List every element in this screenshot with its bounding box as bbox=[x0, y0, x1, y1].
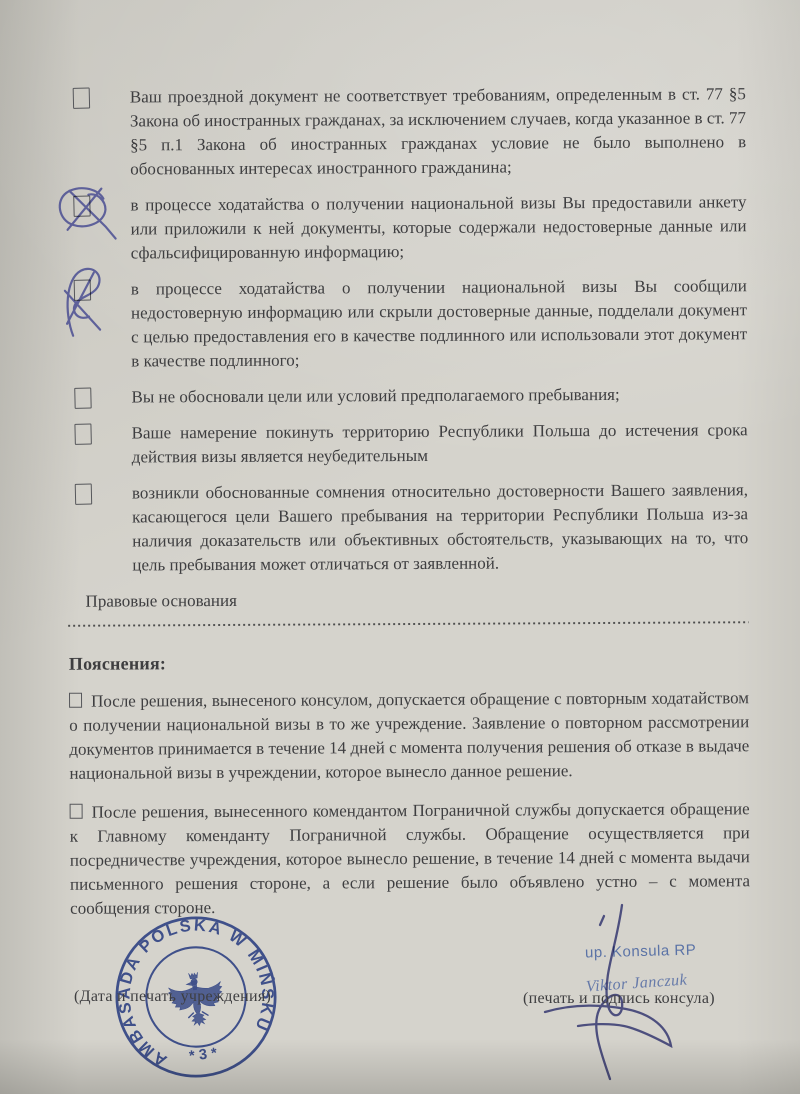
checkbox-icon bbox=[73, 196, 90, 217]
refusal-reason-text: в процессе ходатайства о получении нацио… bbox=[131, 274, 747, 373]
stamp-number-text: * 3 * bbox=[188, 1045, 218, 1064]
explanation-paragraph: После решения, вынесеного консулом, допу… bbox=[69, 686, 749, 786]
checkbox-icon bbox=[74, 280, 91, 301]
refusal-reason-text: Ваше намерение покинуть территорию Респу… bbox=[132, 418, 748, 469]
checkbox-icon bbox=[74, 388, 91, 409]
explanations-heading: Пояснения: bbox=[69, 650, 749, 675]
pen-mark-icon bbox=[58, 264, 120, 344]
refusal-reason-text: Вы не обосновали цели или условий предпо… bbox=[131, 382, 747, 409]
checkbox-icon bbox=[74, 424, 91, 445]
refusal-reason-row: в процессе ходатайства о получении нацио… bbox=[74, 274, 747, 374]
refusal-reason-row: в процессе ходатайства о получении нацио… bbox=[73, 190, 746, 266]
refusal-reason-text: Ваш проездной документ не соответствует … bbox=[130, 82, 746, 181]
refusal-reason-row: возникли обоснованные сомнения относител… bbox=[75, 478, 748, 578]
explanation-text: После решения, вынесеного консулом, допу… bbox=[69, 688, 749, 783]
dotted-fill-in-line bbox=[67, 620, 749, 628]
refusal-reason-row: Вы не обосновали цели или условий предпо… bbox=[74, 382, 747, 410]
checkbox-icon bbox=[70, 804, 83, 819]
consul-stamp-title: up. Konsula RP bbox=[585, 942, 697, 962]
checkbox-icon bbox=[75, 484, 92, 505]
refusal-reason-text: в процессе ходатайства о получении нацио… bbox=[130, 190, 746, 265]
checkbox-icon bbox=[69, 693, 82, 708]
seal-and-signature-caption: (печать и подпись консула) bbox=[523, 990, 715, 1008]
document-body: Ваш проездной документ не соответствует … bbox=[73, 82, 750, 921]
visa-refusal-document-photo: Ваш проездной документ не соответствует … bbox=[0, 0, 800, 1094]
refusal-reason-row: Ваш проездной документ не соответствует … bbox=[73, 82, 746, 182]
refusal-reason-row: Ваше намерение покинуть территорию Респу… bbox=[75, 418, 748, 470]
legal-basis-label: Правовые основания bbox=[85, 586, 748, 613]
date-and-stamp-caption: (Дата и печать учреждения) bbox=[74, 988, 271, 1006]
checkbox-icon bbox=[73, 88, 90, 109]
refusal-reason-text: возникли обоснованные сомнения относител… bbox=[132, 478, 748, 577]
